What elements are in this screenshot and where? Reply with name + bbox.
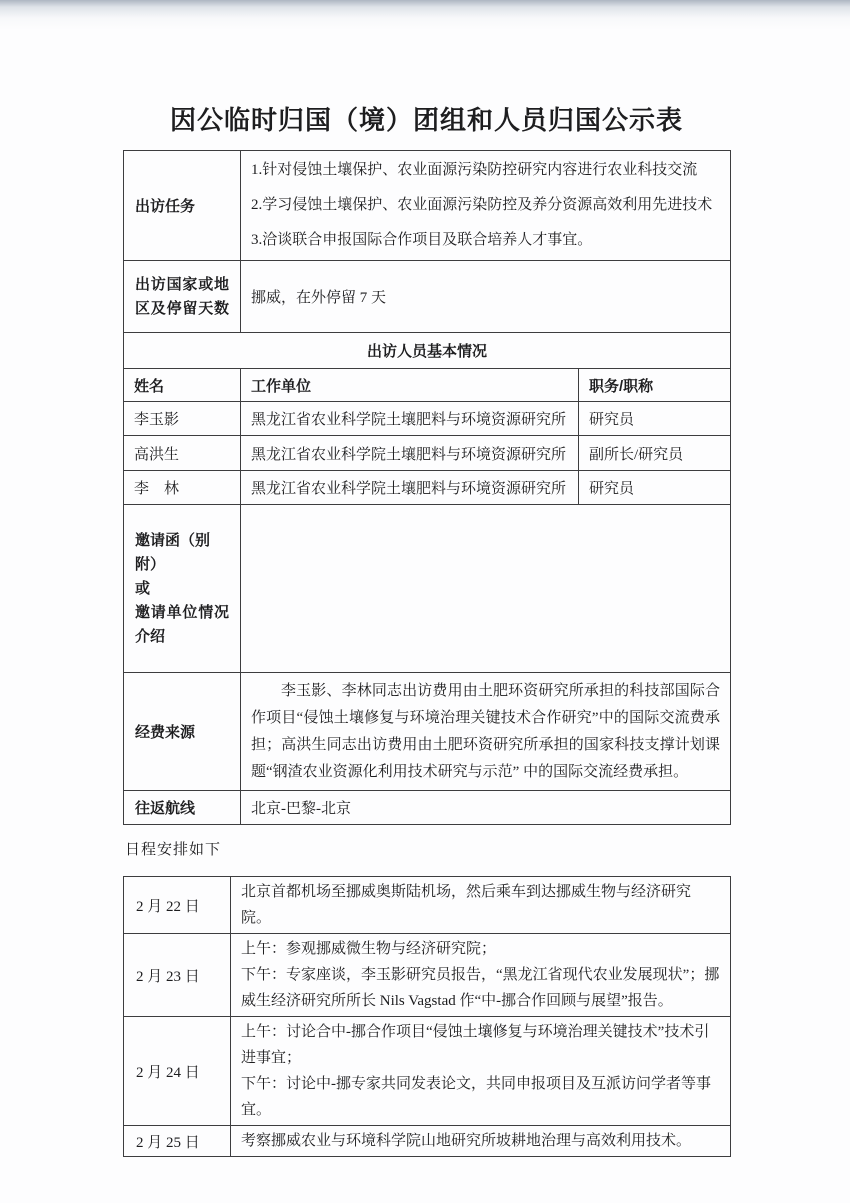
- schedule-row: 2 月 25 日 考察挪威农业与环境科学院山地研究所坡耕地治理与高效利用技术。: [124, 1126, 731, 1157]
- schedule-line: 考察挪威农业与环境科学院山地研究所坡耕地治理与高效利用技术。: [241, 1128, 720, 1154]
- person-title: 研究员: [579, 402, 731, 436]
- schedule-line: 下午：讨论中-挪专家共同发表论文，共同申报项目及互派访问学者等事宜。: [241, 1071, 720, 1123]
- schedule-row: 2 月 24 日 上午：讨论合中-挪合作项目“侵蚀土壤修复与环境治理关键技术”技…: [124, 1017, 731, 1126]
- funding-label: 经费来源: [124, 673, 241, 791]
- route-label: 往返航线: [124, 791, 241, 825]
- mission-item: 3.洽谈联合申报国际合作项目及联合培养人才事宜。: [251, 223, 720, 258]
- schedule-date: 2 月 22 日: [124, 877, 231, 934]
- schedule-date: 2 月 24 日: [124, 1017, 231, 1126]
- schedule-date: 2 月 23 日: [124, 934, 231, 1017]
- header-name: 姓名: [124, 369, 241, 402]
- mission-label: 出访任务: [124, 151, 241, 261]
- funding-content: 李玉影、李林同志出访费用由土肥环资研究所承担的科技部国际合作项目“侵蚀土壤修复与…: [241, 673, 731, 791]
- route-value: 北京-巴黎-北京: [241, 791, 731, 825]
- mission-content: 1.针对侵蚀土壤保护、农业面源污染防控研究内容进行农业科技交流 2.学习侵蚀土壤…: [241, 151, 731, 261]
- person-org: 黑龙江省农业科学院土壤肥料与环境资源研究所: [241, 436, 579, 471]
- personnel-row: 高洪生 黑龙江省农业科学院土壤肥料与环境资源研究所 副所长/研究员: [124, 436, 731, 471]
- mission-item: 2.学习侵蚀土壤保护、农业面源污染防控及养分资源高效利用先进技术: [251, 188, 720, 223]
- invitation-label-line: 邀请函（别附）: [135, 529, 229, 577]
- personnel-row: 李玉影 黑龙江省农业科学院土壤肥料与环境资源研究所 研究员: [124, 402, 731, 436]
- funding-text: 李玉影、李林同志出访费用由土肥环资研究所承担的科技部国际合作项目“侵蚀土壤修复与…: [251, 678, 720, 786]
- person-name: 李玉影: [124, 402, 241, 436]
- schedule-table: 2 月 22 日 北京首都机场至挪威奥斯陆机场，然后乘车到达挪威生物与经济研究院…: [123, 876, 731, 1157]
- person-title: 副所长/研究员: [579, 436, 731, 471]
- table-row: 姓名 工作单位 职务/职称: [124, 369, 731, 402]
- page-title: 因公临时归国（境）团组和人员归国公示表: [123, 100, 730, 137]
- personnel-row: 李 林 黑龙江省农业科学院土壤肥料与环境资源研究所 研究员: [124, 471, 731, 505]
- table-row: 邀请函（别附） 或 邀请单位情况 介绍: [124, 505, 731, 673]
- schedule-content: 考察挪威农业与环境科学院山地研究所坡耕地治理与高效利用技术。: [231, 1126, 731, 1157]
- schedule-heading: 日程安排如下: [125, 838, 221, 859]
- table-row: 往返航线 北京-巴黎-北京: [124, 791, 731, 825]
- header-title: 职务/职称: [579, 369, 731, 402]
- schedule-row: 2 月 22 日 北京首都机场至挪威奥斯陆机场，然后乘车到达挪威生物与经济研究院…: [124, 877, 731, 934]
- table-row: 出访人员基本情况: [124, 333, 731, 369]
- destination-value: 挪威，在外停留 7 天: [241, 261, 731, 333]
- header-org: 工作单位: [241, 369, 579, 402]
- personnel-section-title: 出访人员基本情况: [124, 333, 731, 369]
- person-name: 李 林: [124, 471, 241, 505]
- person-title: 研究员: [579, 471, 731, 505]
- invitation-label: 邀请函（别附） 或 邀请单位情况 介绍: [124, 505, 241, 673]
- destination-label: 出访国家或地 区及停留天数: [124, 261, 241, 333]
- person-org: 黑龙江省农业科学院土壤肥料与环境资源研究所: [241, 402, 579, 436]
- schedule-content: 上午：讨论合中-挪合作项目“侵蚀土壤修复与环境治理关键技术”技术引进事宜； 下午…: [231, 1017, 731, 1126]
- main-form-table: 出访任务 1.针对侵蚀土壤保护、农业面源污染防控研究内容进行农业科技交流 2.学…: [123, 150, 731, 825]
- schedule-date: 2 月 25 日: [124, 1126, 231, 1157]
- table-row: 出访任务 1.针对侵蚀土壤保护、农业面源污染防控研究内容进行农业科技交流 2.学…: [124, 151, 731, 261]
- schedule-line: 下午：专家座谈，李玉影研究员报告，“黑龙江省现代农业发展现状”；挪威生经济研究所…: [241, 962, 720, 1014]
- table-row: 出访国家或地 区及停留天数 挪威，在外停留 7 天: [124, 261, 731, 333]
- schedule-line: 上午：参观挪威微生物与经济研究院；: [241, 936, 720, 962]
- schedule-line: 上午：讨论合中-挪合作项目“侵蚀土壤修复与环境治理关键技术”技术引进事宜；: [241, 1019, 720, 1071]
- person-org: 黑龙江省农业科学院土壤肥料与环境资源研究所: [241, 471, 579, 505]
- invitation-label-line: 邀请单位情况: [135, 601, 229, 625]
- scanned-document-page: 因公临时归国（境）团组和人员归国公示表 出访任务 1.针对侵蚀土壤保护、农业面源…: [0, 0, 850, 1203]
- schedule-row: 2 月 23 日 上午：参观挪威微生物与经济研究院； 下午：专家座谈，李玉影研究…: [124, 934, 731, 1017]
- destination-label-line: 出访国家或地: [135, 273, 229, 297]
- schedule-line: 北京首都机场至挪威奥斯陆机场，然后乘车到达挪威生物与经济研究院。: [241, 879, 720, 931]
- schedule-content: 上午：参观挪威微生物与经济研究院； 下午：专家座谈，李玉影研究员报告，“黑龙江省…: [231, 934, 731, 1017]
- invitation-label-line: 或: [135, 577, 229, 601]
- person-name: 高洪生: [124, 436, 241, 471]
- destination-label-line: 区及停留天数: [135, 297, 229, 321]
- invitation-label-line: 介绍: [135, 625, 229, 649]
- invitation-content: [241, 505, 731, 673]
- table-row: 经费来源 李玉影、李林同志出访费用由土肥环资研究所承担的科技部国际合作项目“侵蚀…: [124, 673, 731, 791]
- mission-item: 1.针对侵蚀土壤保护、农业面源污染防控研究内容进行农业科技交流: [251, 153, 720, 188]
- schedule-content: 北京首都机场至挪威奥斯陆机场，然后乘车到达挪威生物与经济研究院。: [231, 877, 731, 934]
